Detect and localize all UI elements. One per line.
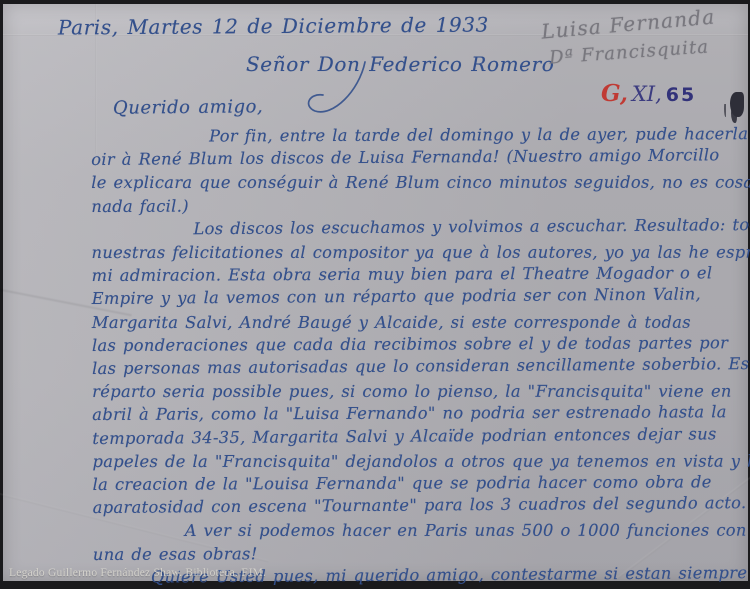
letter-line: A ver si podemos hacer en Paris unas 500… bbox=[93, 519, 749, 543]
letter-date-line: Paris, Martes 12 de Diciembre de 1933 bbox=[58, 12, 489, 39]
letter-line: réparto seria possible pues, si como lo … bbox=[92, 380, 748, 404]
letter-line: Margarita Salvi, André Baugé y Alcaide, … bbox=[92, 310, 748, 334]
archive-watermark: Legado Guillermo Fernández Shaw. Bibliot… bbox=[9, 567, 266, 579]
letter-line: oir à René Blum los discos de Luisa Fern… bbox=[91, 143, 747, 171]
scanned-letter: Paris, Martes 12 de Diciembre de 1933 Se… bbox=[0, 0, 750, 589]
letter-paper: Paris, Martes 12 de Diciembre de 1933 Se… bbox=[3, 4, 748, 581]
letter-line: le explicara que conséguir à René Blum c… bbox=[91, 171, 747, 195]
letter-line: papeles de la "Francisquita" dejandolos … bbox=[92, 449, 748, 473]
signature-flourish bbox=[303, 61, 383, 125]
letter-line: aparatosidad con escena "Tournante" para… bbox=[93, 491, 749, 519]
letter-line: las personas mas autorisadas que lo cons… bbox=[92, 352, 748, 380]
letter-body: Por fin, entre la tarde del domingo y la… bbox=[91, 122, 749, 589]
catalog-number: 65 bbox=[666, 84, 696, 106]
letter-line: Los discos los escuchamos y volvimos a e… bbox=[91, 213, 747, 241]
letter-salutation: Querido amigo, bbox=[113, 96, 263, 119]
ink-blot bbox=[730, 92, 744, 117]
archive-catalog-mark: G,XI,65 bbox=[601, 80, 696, 107]
letter-line: Empire y ya la vemos con un réparto que … bbox=[92, 282, 748, 310]
letter-recipient-line: Señor Don Federico Romero bbox=[246, 52, 554, 76]
letter-line: nuestras felicitationes al compositor ya… bbox=[92, 241, 748, 265]
catalog-letter: G, bbox=[601, 80, 628, 107]
pencil-annotation-title-2: Dª Francisquita bbox=[548, 36, 709, 68]
catalog-roman-numeral: XI, bbox=[632, 82, 662, 106]
letter-line: temporada 34-35, Margarita Salvi y Alcaï… bbox=[92, 422, 748, 450]
